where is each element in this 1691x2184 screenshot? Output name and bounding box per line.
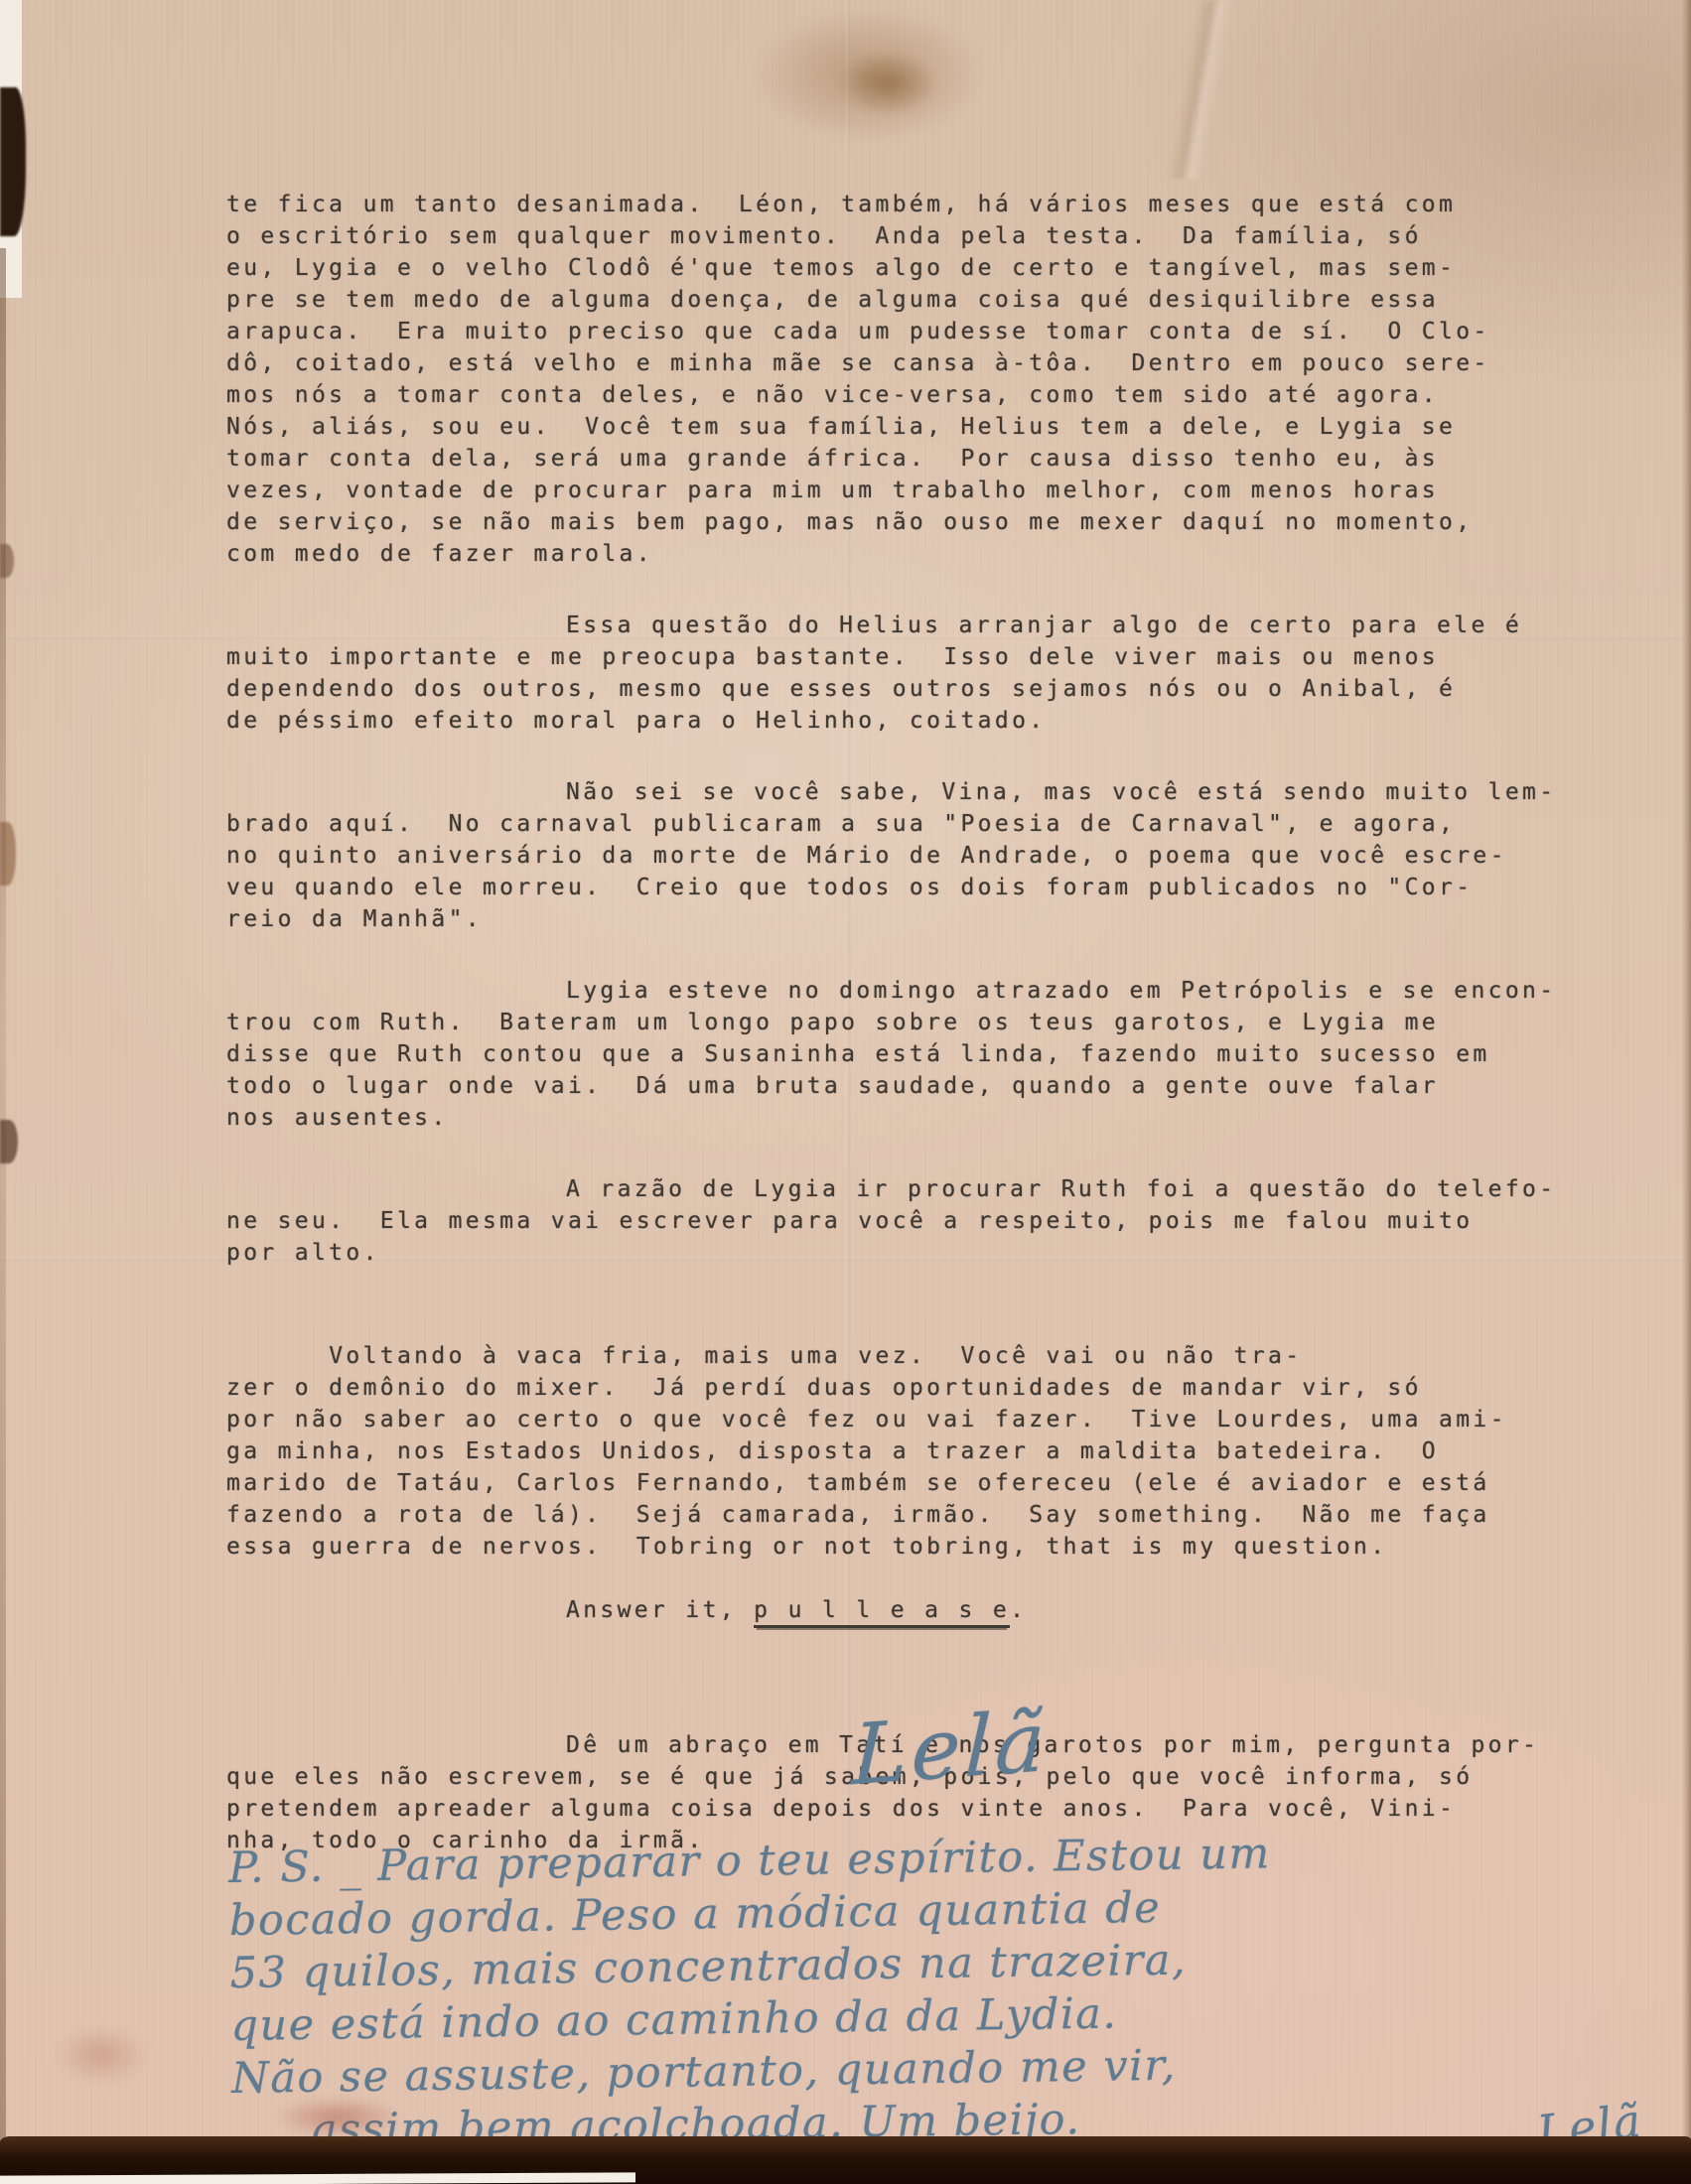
letter-paragraph: Não sei se você sabe, Vina, mas você est… [226, 776, 1552, 935]
paper-stain [0, 544, 14, 578]
scan-edge [1682, 0, 1691, 2184]
scan-edge [0, 2172, 635, 2184]
ps-line: assim bem acolchoada. Um beijo. [312, 2094, 1081, 2157]
letter-paragraph: Lygia esteve no domingo atrazado em Petr… [226, 975, 1552, 1134]
paper-wrinkle [1142, 0, 1251, 179]
underlined-pullease: p u l l e a s e [754, 1597, 1010, 1628]
letter-paragraph: A razão de Lygia ir procurar Ruth foi a … [226, 1173, 1552, 1269]
letter-paragraph: Voltando à vaca fria, mais uma vez. Você… [226, 1308, 1552, 1690]
scan-edge [0, 0, 22, 298]
paragraph-lines: Voltando à vaca fria, mais uma vez. Você… [226, 1343, 1507, 1560]
paper-stain [839, 52, 938, 116]
letter-scan-page: te fica um tanto desanimada. Léon, també… [0, 0, 1691, 2184]
scan-edge-blotch [0, 87, 26, 236]
letter-body: te fica um tanto desanimada. Léon, també… [226, 189, 1552, 1896]
answer-suffix: . [1010, 1597, 1027, 1623]
paper-stain [55, 2025, 149, 2085]
paper-stain [755, 8, 983, 142]
handwritten-signature: Lelã [851, 1693, 1051, 1804]
ps-signature: Lelã [1534, 2095, 1644, 2159]
answer-prefix: Answer it, [566, 1597, 754, 1623]
letter-paragraph: Essa questão do Helius arranjar algo de … [226, 610, 1552, 737]
answer-line: Answer it, p u l l e a s e. [226, 1594, 1552, 1626]
paper-stain [0, 1120, 18, 1163]
paper-stain [0, 822, 16, 886]
scan-edge [0, 248, 6, 2184]
letter-paragraph: te fica um tanto desanimada. Léon, també… [226, 189, 1552, 570]
postscript-block: P. S. _ Para preparar o teu espírito. Es… [228, 1823, 1652, 2158]
